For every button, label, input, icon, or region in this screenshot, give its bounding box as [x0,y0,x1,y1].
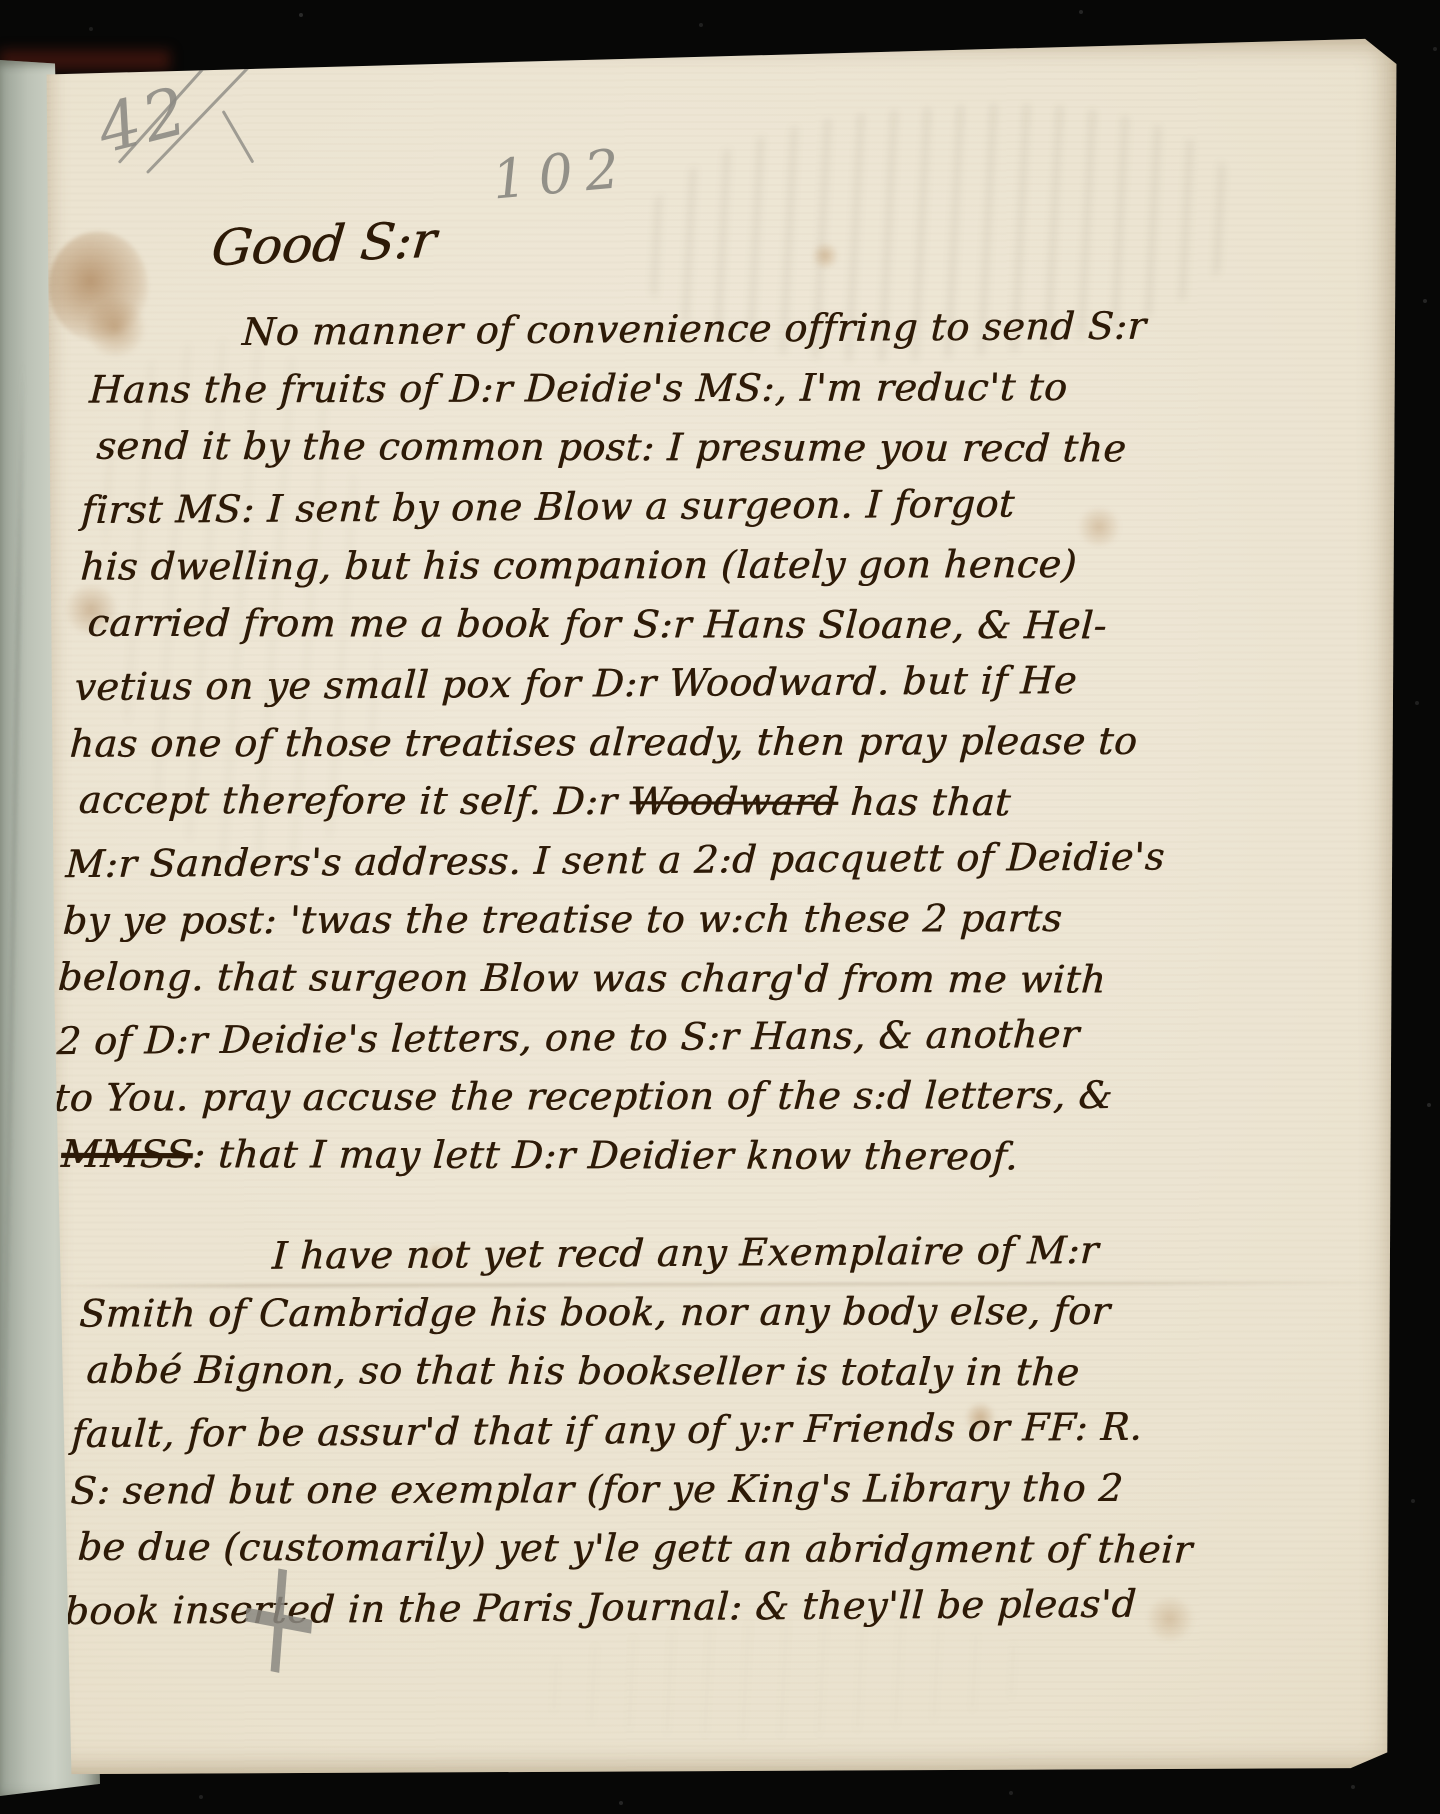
pencil-cross-mark: + [228,1512,330,1720]
letter-line: belong. that surgeon Blow was charg'd fr… [56,948,1160,1010]
letter-page: 42 102 Good S:r No manner of convenience… [40,36,1403,1777]
letter-line: by ye post: 'twas the treatise to w:ch t… [61,889,1163,951]
struck-word: Woodward [628,779,839,824]
letter-paragraph-1: No manner of convenience offring to send… [50,299,1193,1187]
letter-line: carried from me a book for S:r Hans Sloa… [86,594,1178,656]
letter-line: S: send but one exemplar (for ye King's … [69,1459,1197,1521]
letter-line-segment: has that [837,780,1012,824]
pencil-stroke [222,110,255,163]
letter-line: abbé Bignon, so that his bookseller is t… [85,1341,1203,1403]
letter-line: 2 of D:r Deidie's letters, one to S:r Ha… [55,1004,1157,1071]
pencil-archival-number: 42 [90,71,198,168]
letter-line: has one of those treatises already, then… [68,712,1172,774]
foxing-spot [810,243,840,269]
letter-line: to You. pray accuse the reception of the… [52,1066,1154,1128]
dust-specks [0,0,2,2]
letter-line: accept therefore it self. D:r Woodward h… [77,771,1169,833]
letter-line: his dwelling, but his companion (lately … [79,535,1181,597]
letter-line: MMSS: that I may lett D:r Deidier know t… [60,1125,1152,1187]
letter-line: Hans the fruits of D:r Deidie's MS:, I'm… [88,358,1190,420]
pencil-strikeout-marks [40,36,1398,40]
letter-line: first MS: I sent by one Blow a surgeon. … [80,473,1184,540]
letter-line: vetius on ye small pox for D:r Woodward.… [73,650,1175,717]
letter-salutation: Good S:r [209,211,439,277]
letter-paragraph-2: I have not yet recd any Exemplaire of M:… [63,1223,1209,1639]
scribbled-out-word: MMSS [60,1132,194,1176]
letter-line-segment: accept therefore it self. D:r [78,778,631,823]
letter-line: fault, for be assur'd that if any of y:r… [70,1397,1200,1464]
letter-line: Smith of Cambridge his book, nor any bod… [78,1282,1206,1344]
pencil-page-number: 102 [490,136,634,211]
flyleaf-crease [0,360,24,1660]
manuscript-photograph: 42 102 Good S:r No manner of convenience… [0,0,1440,1814]
letter-line: book inserted in the Paris Journal: & th… [63,1574,1191,1641]
letter-line-segment: : that I may lett D:r Deidier know there… [191,1132,1019,1178]
letter-line: No manner of convenience offring to send… [91,296,1193,363]
letter-line: send it by the common post: I presume yo… [95,417,1187,479]
letter-line: I have not yet recd any Exemplaire of M:… [81,1220,1209,1287]
letter-line: M:r Sanders's address. I sent a 2:d pacq… [64,827,1166,894]
